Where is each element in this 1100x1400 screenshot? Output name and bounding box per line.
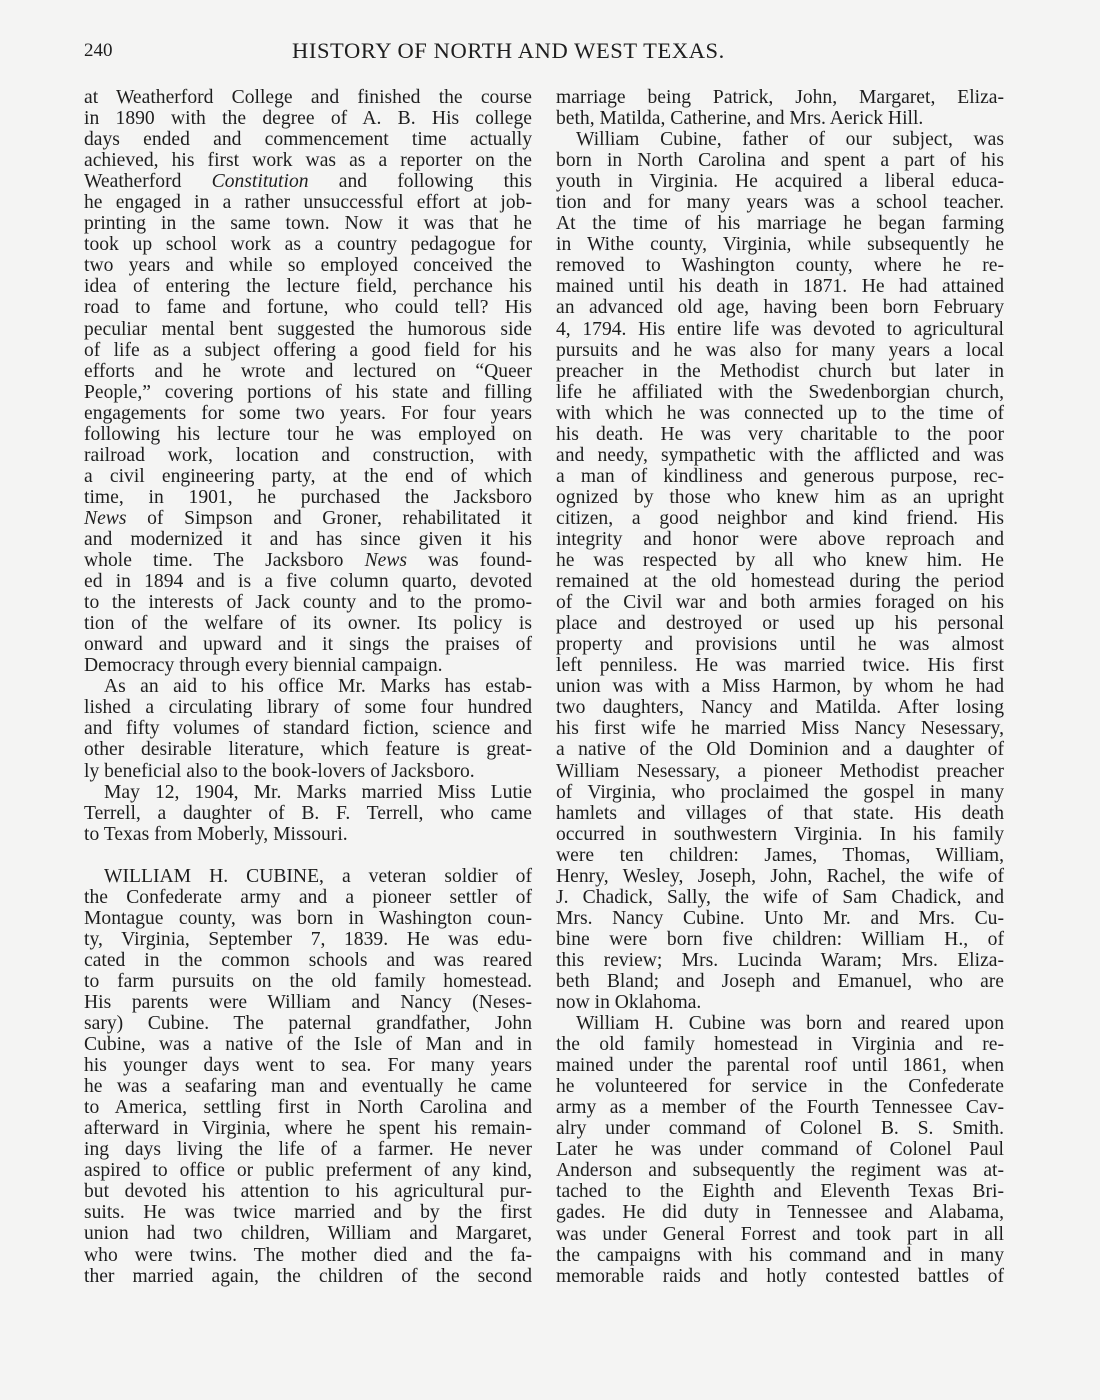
- text-line: of Virginia, who proclaimed the gospel i…: [556, 782, 1004, 803]
- text-line: bine were born five children: William H.…: [556, 929, 1004, 950]
- text-line: an advanced old age, having been born Fe…: [556, 297, 1004, 318]
- text-line: gades. He did duty in Tennessee and Alab…: [556, 1202, 1004, 1223]
- italic-title: Constitution: [212, 171, 309, 192]
- text-line: occurred in southwestern Virginia. In hi…: [556, 824, 1004, 845]
- text-line: engagements for some two years. For four…: [84, 403, 532, 424]
- text-line: life he affiliated with the Swedenborgia…: [556, 382, 1004, 403]
- text-line: As an aid to his office Mr. Marks has es…: [84, 676, 532, 697]
- text-line: days ended and commencement time actuall…: [84, 129, 532, 150]
- text-line: ing days living the life of a farmer. He…: [84, 1139, 532, 1160]
- text-line: Mrs. Nancy Cubine. Unto Mr. and Mrs. Cu-: [556, 908, 1004, 929]
- text-line: of the Civil war and both armies foraged…: [556, 592, 1004, 613]
- italic-title: News: [84, 508, 126, 529]
- text-line: youth in Virginia. He acquired a liberal…: [556, 171, 1004, 192]
- text-line: citizen, a good neighbor and kind friend…: [556, 508, 1004, 529]
- text-line: the Confederate army and a pioneer settl…: [84, 887, 532, 908]
- text-line: Terrell, a daughter of B. F. Terrell, wh…: [84, 803, 532, 824]
- text-line: beth, Matilda, Catherine, and Mrs. Aeric…: [556, 108, 1004, 129]
- italic-title: News: [365, 550, 407, 571]
- text-line: in Withe county, Virginia, while subsequ…: [556, 234, 1004, 255]
- text-line: his younger days went to sea. For many y…: [84, 1055, 532, 1076]
- text-line: a native of the Old Dominion and a daugh…: [556, 739, 1004, 760]
- text-line: two years and while so employed conceive…: [84, 255, 532, 276]
- text-line: a man of kindliness and generous purpose…: [556, 466, 1004, 487]
- text-line: union was with a Miss Harmon, by whom he…: [556, 676, 1004, 697]
- text-line: lished a circulating library of some fou…: [84, 697, 532, 718]
- text-line: integrity and honor were above reproach …: [556, 529, 1004, 550]
- text-line: who were twins. The mother died and the …: [84, 1245, 532, 1266]
- text-line: alry under command of Colonel B. S. Smit…: [556, 1118, 1004, 1139]
- text-line: he engaged in a rather unsuccessful effo…: [84, 192, 532, 213]
- text-line: peculiar mental bent suggested the humor…: [84, 319, 532, 340]
- text-line: J. Chadick, Sally, the wife of Sam Chadi…: [556, 887, 1004, 908]
- text-line: following his lecture tour he was employ…: [84, 424, 532, 445]
- text-line: he was respected by all who knew him. He: [556, 550, 1004, 571]
- text-line: he volunteered for service in the Confed…: [556, 1076, 1004, 1097]
- text-line: in 1890 with the degree of A. B. His col…: [84, 108, 532, 129]
- text-line: hamlets and villages of that state. His …: [556, 803, 1004, 824]
- text-line: suits. He was twice married and by the f…: [84, 1202, 532, 1223]
- page-header: 240 HISTORY OF NORTH AND WEST TEXAS.: [84, 40, 1024, 70]
- text-line: tached to the Eighth and Eleventh Texas …: [556, 1181, 1004, 1202]
- text-line: William H. Cubine was born and reared up…: [556, 1013, 1004, 1034]
- text-line: Democracy through every biennial campaig…: [84, 655, 532, 676]
- text-line: two daughters, Nancy and Matilda. After …: [556, 697, 1004, 718]
- text-line: he was a seafaring man and eventually he…: [84, 1076, 532, 1097]
- text-line: to the interests of Jack county and to t…: [84, 592, 532, 613]
- text-line: and modernized it and has since given it…: [84, 529, 532, 550]
- right-column: marriage being Patrick, John, Margaret, …: [556, 87, 1004, 1287]
- paragraph-gap: [84, 845, 532, 866]
- text-line: idea of entering the lecture field, perc…: [84, 276, 532, 297]
- text-line: were ten children: James, Thomas, Willia…: [556, 845, 1004, 866]
- text-line: remained at the old homestead during the…: [556, 571, 1004, 592]
- text-line: 4, 1794. His entire life was devoted to …: [556, 319, 1004, 340]
- text-line: beth Bland; and Joseph and Emanuel, who …: [556, 971, 1004, 992]
- text-line: His parents were William and Nancy (Nese…: [84, 992, 532, 1013]
- text-line: Weatherford Constitution and following t…: [84, 171, 532, 192]
- text-line: William Cubine, father of our subject, w…: [556, 129, 1004, 150]
- text-line: his first wife he married Miss Nancy Nes…: [556, 718, 1004, 739]
- left-column: at Weatherford College and finished the …: [84, 87, 532, 1287]
- text-line: at Weatherford College and finished the …: [84, 87, 532, 108]
- text-line: achieved, his first work was as a report…: [84, 150, 532, 171]
- page-number: 240: [84, 40, 113, 62]
- text-line: ly beneficial also to the book-lovers of…: [84, 761, 532, 782]
- text-line: whole time. The Jacksboro News was found…: [84, 550, 532, 571]
- text-line: ty, Virginia, September 7, 1839. He was …: [84, 929, 532, 950]
- text-line: with which he was connected up to the ti…: [556, 403, 1004, 424]
- text-line: onward and upward and it sings the prais…: [84, 634, 532, 655]
- running-title: HISTORY OF NORTH AND WEST TEXAS.: [292, 38, 725, 64]
- text-line: Anderson and subsequently the regiment w…: [556, 1160, 1004, 1181]
- text-line: Cubine, was a native of the Isle of Man …: [84, 1034, 532, 1055]
- text-line: place and destroyed or used up his perso…: [556, 613, 1004, 634]
- text-line: property and provisions until he was alm…: [556, 634, 1004, 655]
- text-line: to farm pursuits on the old family homes…: [84, 971, 532, 992]
- text-line: but devoted his attention to his agricul…: [84, 1181, 532, 1202]
- text-line: May 12, 1904, Mr. Marks married Miss Lut…: [84, 782, 532, 803]
- text-line: People,” covering portions of his state …: [84, 382, 532, 403]
- text-line: of life as a subject offering a good fie…: [84, 340, 532, 361]
- text-line: a civil engineering party, at the end of…: [84, 466, 532, 487]
- text-line: Henry, Wesley, Joseph, John, Rachel, the…: [556, 866, 1004, 887]
- text-line: to America, settling first in North Caro…: [84, 1097, 532, 1118]
- text-line: road to fame and fortune, who could tell…: [84, 297, 532, 318]
- text-line: tion and for many years was a school tea…: [556, 192, 1004, 213]
- text-line: left penniless. He was married twice. Hi…: [556, 655, 1004, 676]
- text-line: and fifty volumes of standard fiction, s…: [84, 718, 532, 739]
- text-line: efforts and he wrote and lectured on “Qu…: [84, 361, 532, 382]
- text-line: At the time of his marriage he began far…: [556, 213, 1004, 234]
- text-line: railroad work, location and construction…: [84, 445, 532, 466]
- text-line: afterward in Virginia, where he spent hi…: [84, 1118, 532, 1139]
- text-line: ther married again, the children of the …: [84, 1266, 532, 1287]
- text-line: tion of the welfare of its owner. Its po…: [84, 613, 532, 634]
- text-line: removed to Washington county, where he r…: [556, 255, 1004, 276]
- text-line: army as a member of the Fourth Tennessee…: [556, 1097, 1004, 1118]
- text-line: preacher in the Methodist church but lat…: [556, 361, 1004, 382]
- text-line: took up school work as a country pedagog…: [84, 234, 532, 255]
- text-line: sary) Cubine. The paternal grandfather, …: [84, 1013, 532, 1034]
- text-line: now in Oklahoma.: [556, 992, 1004, 1013]
- text-line: aspired to office or public preferment o…: [84, 1160, 532, 1181]
- text-line: his death. He was very charitable to the…: [556, 424, 1004, 445]
- text-line: born in North Carolina and spent a part …: [556, 150, 1004, 171]
- text-line: mained under the parental roof until 186…: [556, 1055, 1004, 1076]
- text-line: ed in 1894 and is a five column quarto, …: [84, 571, 532, 592]
- text-line: WILLIAM H. CUBINE, a veteran soldier of: [84, 866, 532, 887]
- text-line: to Texas from Moberly, Missouri.: [84, 824, 532, 845]
- text-line: was under General Forrest and took part …: [556, 1224, 1004, 1245]
- text-line: ognized by those who knew him as an upri…: [556, 487, 1004, 508]
- text-line: printing in the same town. Now it was th…: [84, 213, 532, 234]
- text-line: the campaigns with his command and in ma…: [556, 1245, 1004, 1266]
- text-line: memorable raids and hotly contested batt…: [556, 1266, 1004, 1287]
- text-line: Later he was under command of Colonel Pa…: [556, 1139, 1004, 1160]
- text-line: marriage being Patrick, John, Margaret, …: [556, 87, 1004, 108]
- text-line: pursuits and he was also for many years …: [556, 340, 1004, 361]
- text-line: other desirable literature, which featur…: [84, 739, 532, 760]
- text-line: time, in 1901, he purchased the Jacksbor…: [84, 487, 532, 508]
- text-line: this review; Mrs. Lucinda Waram; Mrs. El…: [556, 950, 1004, 971]
- text-line: the old family homestead in Virginia and…: [556, 1034, 1004, 1055]
- text-line: mained until his death in 1871. He had a…: [556, 276, 1004, 297]
- text-line: cated in the common schools and was rear…: [84, 950, 532, 971]
- text-line: William Nesessary, a pioneer Methodist p…: [556, 761, 1004, 782]
- text-line: and needy, sympathetic with the afflicte…: [556, 445, 1004, 466]
- text-line: News of Simpson and Groner, rehabilitate…: [84, 508, 532, 529]
- text-line: Montague county, was born in Washington …: [84, 908, 532, 929]
- text-line: union had two children, William and Marg…: [84, 1223, 532, 1244]
